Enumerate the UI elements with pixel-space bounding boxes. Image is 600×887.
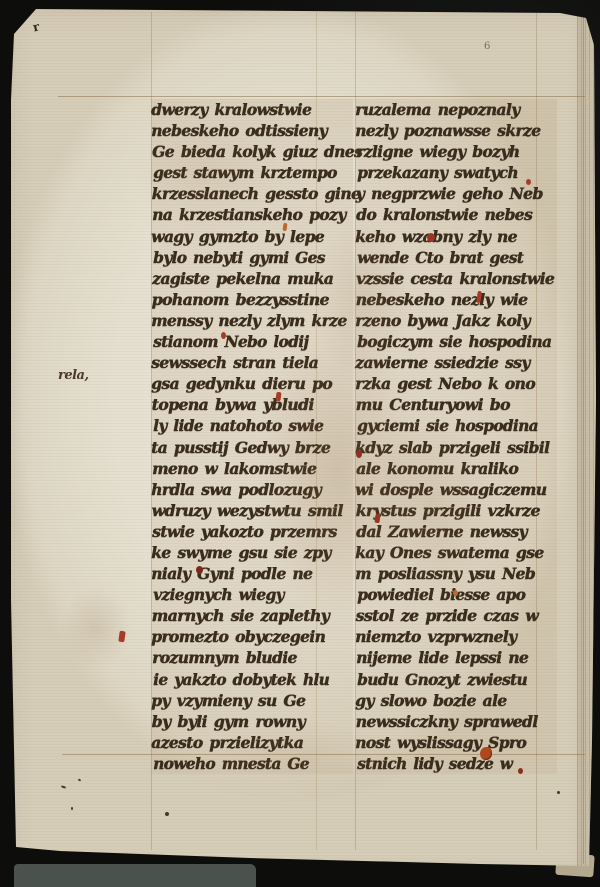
manuscript-text-line: ly lide natohoto swie (153, 415, 352, 436)
quire-mark-top-left: r (31, 19, 41, 34)
manuscript-text-line: wi dosple wssagiczemu (355, 479, 557, 500)
manuscript-text-line: stwie yakozto przemrs (152, 521, 354, 542)
manuscript-text-line: gyciemi sie hospodina (357, 415, 556, 436)
manuscript-text-line: rzligne wiegy bozyh (356, 141, 558, 162)
manuscript-text-line: rozumnym bludie (152, 647, 354, 668)
ink-speck (165, 812, 169, 816)
manuscript-text-line: nijeme lide lepssi ne (356, 647, 558, 668)
manuscript-text-line: keho wzabny zly ne (355, 226, 557, 247)
manuscript-text-line: pohanom bezzysstine (152, 289, 356, 310)
manuscript-text-line: gsa gedynku dieru po (151, 373, 353, 394)
manuscript-text-line: sstol ze przide czas w (356, 605, 560, 626)
ruling-line-top (58, 96, 585, 97)
manuscript-text-line: wagy gymzto by lepe (151, 226, 353, 247)
manuscript-text-line: vzssie cesta kralonstwie (356, 268, 558, 289)
manuscript-text-line: bylo nebyti gymi Ges (153, 247, 352, 268)
manuscript-text-line: nost wyslissagy Spro (355, 732, 557, 753)
manuscript-text-line: kdyz slab przigeli ssibil (355, 437, 557, 458)
manuscript-text-line: newssiczkny sprawedl (356, 711, 560, 732)
manuscript-text-line: hrdla swa podlozugy (151, 479, 353, 500)
manuscript-text-line: m posliassny ysu Neb (355, 563, 557, 584)
manuscript-text-line: azesto przielizytka (151, 732, 353, 753)
manuscript-text-line: zawierne ssiedzie ssy (355, 352, 557, 373)
manuscript-text-line: dal Zawierne newssy (356, 521, 558, 542)
manuscript-text-line: nialy Gyni podle ne (151, 563, 353, 584)
manuscript-text-line: y negprzwie geho Neb (356, 183, 560, 204)
manuscript-text-line: przekazany swatych (357, 162, 556, 183)
manuscript-text-line: powiediel biesse apo (357, 584, 556, 605)
manuscript-text-line: nebeskeho odtissieny (151, 120, 353, 141)
manuscript-page: r 6 dwerzy kralowstwienebeskeho odtissie… (0, 0, 600, 887)
manuscript-text-line: by byli gym rowny (152, 711, 356, 732)
manuscript-text-line: ale konomu kraliko (356, 458, 558, 479)
manuscript-text-line: gy slowo bozie ale (355, 690, 557, 711)
ink-speck (61, 785, 66, 789)
manuscript-text-line: stianom Nebo lodij (153, 331, 352, 352)
manuscript-text-line: mu Centuryowi bo (356, 394, 560, 415)
manuscript-text-line: promezto obyczegein (151, 626, 353, 647)
manuscript-text-line: Ge bieda kolyk giuz dnes (152, 141, 354, 162)
manuscript-text-line: wende Cto brat gest (357, 247, 556, 268)
manuscript-text-line: do kralonstwie nebes (356, 204, 558, 225)
manuscript-text-line: topena bywa ybludi (152, 394, 356, 415)
manuscript-text-line: marnych sie zaplethy (152, 605, 356, 626)
manuscript-text-line: budu Gnozyt zwiestu (357, 669, 556, 690)
manuscript-text-line: zagiste pekelna muka (152, 268, 354, 289)
manuscript-text-line: noweho mnesta Ge (153, 753, 352, 774)
manuscript-text-line: gest stawym krztempo (153, 162, 352, 183)
ink-speck (71, 807, 73, 810)
manuscript-text-line: rzka gest Nebo k ono (355, 373, 557, 394)
manuscript-text-line: stnich lidy sedze w (357, 753, 556, 774)
manuscript-text-line: ie yakzto dobytek hlu (153, 669, 352, 690)
manuscript-text-line: ke swyme gsu sie zpy (151, 542, 353, 563)
manuscript-text-line: nebeskeho nezly wie (356, 289, 560, 310)
text-column-right: ruzalema nepoznalynezly poznawsse skrzer… (355, 99, 557, 774)
manuscript-text-line: kay Ones swatema gse (355, 542, 557, 563)
manuscript-text-line: vziegnych wiegy (153, 584, 352, 605)
manuscript-text-line: na krzestianskeho pozy (152, 204, 354, 225)
manuscript-text-line: wdruzy wezystwtu smil (152, 500, 356, 521)
manuscript-text-line: ta pusstij Gedwy brze (151, 437, 353, 458)
manuscript-text-line: menssy nezly zlym krze (151, 310, 353, 331)
manuscript-text-line: meno w lakomstwie (152, 458, 354, 479)
manuscript-text-line: dwerzy kralowstwie (151, 99, 353, 120)
manuscript-text-line: sewssech stran tiela (151, 352, 353, 373)
manuscript-text-line: krystus przigili vzkrze (356, 500, 560, 521)
manuscript-text-line: ruzalema nepoznaly (355, 99, 557, 120)
small-mark-top-right: 6 (484, 41, 490, 52)
manuscript-text-line: bogiczym sie hospodina (357, 331, 556, 352)
text-column-left: dwerzy kralowstwienebeskeho odtissienyGe… (151, 99, 353, 774)
manuscript-text-line: nezly poznawsse skrze (355, 120, 557, 141)
red-accent-mark (118, 631, 125, 643)
edge-crease (583, 14, 584, 864)
manuscript-text-line: niemzto vzprwznely (355, 626, 557, 647)
manuscript-text-line: rzeno bywa Jakz koly (355, 310, 557, 331)
book-cradle-support (14, 864, 256, 887)
ink-speck (78, 778, 82, 781)
manuscript-text-line: py vzymieny su Ge (151, 690, 353, 711)
ink-speck (557, 791, 560, 794)
manuscript-text-line: krzesslanech gessto gine (152, 183, 356, 204)
margin-note: rela, (58, 368, 89, 383)
